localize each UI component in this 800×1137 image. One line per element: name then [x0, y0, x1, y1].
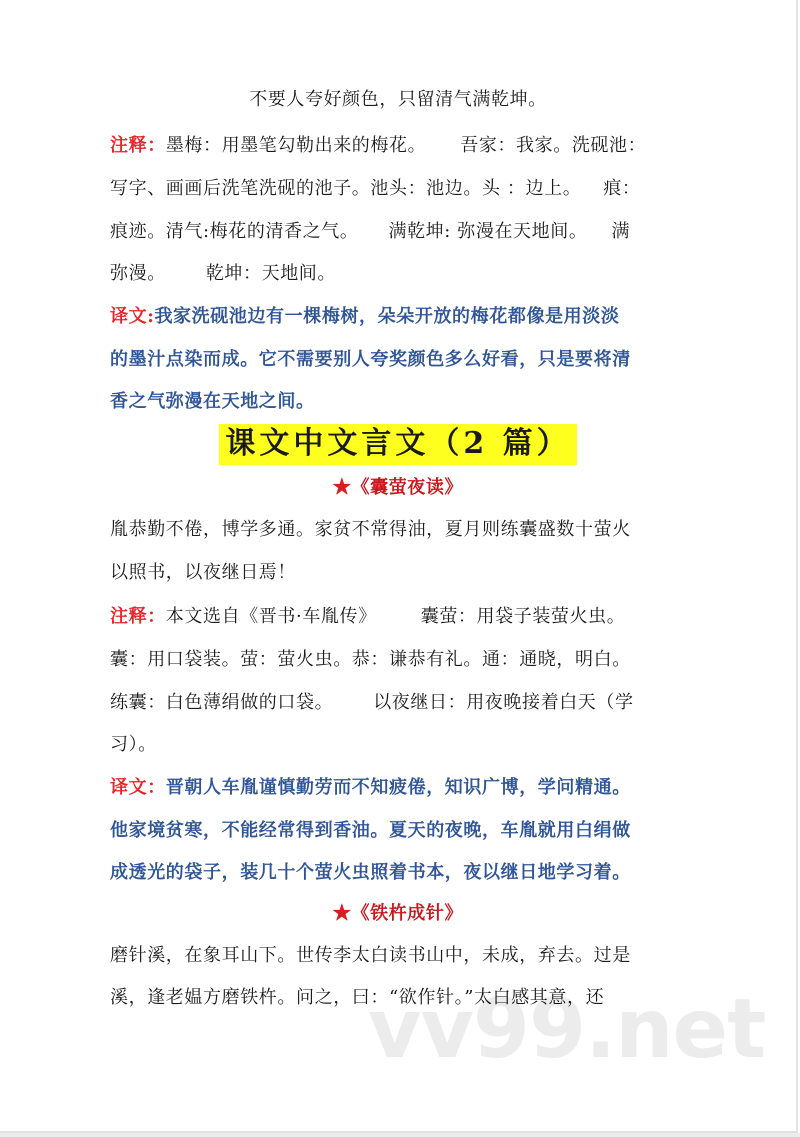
poem-notes-line-4: 弥漫。乾坤：天地间。 — [110, 262, 690, 286]
poem-notes-line-1: 注释：墨梅：用墨笔勾勒出来的梅花。吾家：我家。洗砚池： — [110, 134, 690, 158]
poem-last-line: 不要人夸好颜色，只留清气满乾坤。 — [0, 88, 796, 112]
translation-label: 译文: — [110, 306, 154, 327]
poem-translation-line-1: 译文:我家洗砚池边有一棵梅树，朵朵开放的梅花都像是用淡淡 — [110, 305, 690, 329]
note-text: 满乾坤: 弥漫在天地间。 — [388, 221, 587, 242]
note-text: 满 — [611, 221, 630, 242]
translation-text: 晋朝人车胤谨慎勤劳而不知疲倦，知识广博，学问精通。 — [166, 777, 631, 798]
translation-label: 译文： — [110, 777, 166, 798]
star-icon: ★ — [333, 903, 352, 924]
poem-notes-line-2: 写字、画画后洗笔洗砚的池子。池头：池边。头 ：边上。痕： — [110, 177, 690, 201]
note-text: 吾家：我家。洗砚池： — [460, 135, 646, 156]
poem-translation-line-3: 香之气弥漫在天地之间。 — [110, 390, 690, 414]
note-text: 弥漫。 — [110, 263, 166, 284]
translation-text: 我家洗砚池边有一棵梅树，朵朵开放的梅花都像是用淡淡 — [154, 306, 619, 327]
note-text: 囊萤：用袋子装萤火虫。 — [421, 606, 626, 627]
star-icon: ★ — [333, 477, 352, 498]
note-text: 练囊：白色薄绢做的口袋。 — [110, 692, 333, 713]
note-text: 以夜继日：用夜晚接着白天（学 — [373, 692, 633, 713]
note-text: 乾坤：天地间。 — [206, 263, 336, 284]
text1-heading: ★《囊萤夜读》 — [0, 476, 796, 500]
notes-label: 注释： — [110, 606, 166, 627]
text2-original-line-1: 磨针溪，在象耳山下。世传李太白读书山中，未成，弃去。过是 — [110, 944, 690, 968]
notes-label: 注释： — [110, 135, 166, 156]
text1-title: 《囊萤夜读》 — [352, 477, 464, 498]
text1-notes-line-4: 习）。 — [110, 733, 690, 757]
text2-heading: ★《铁杵成针》 — [0, 902, 796, 926]
text1-original-line-2: 以照书，以夜继日焉！ — [110, 561, 690, 585]
document-page: vv99.net 不要人夸好颜色，只留清气满乾坤。 注释：墨梅：用墨笔勾勒出来的… — [0, 0, 798, 1133]
text1-notes-line-2: 囊：用口袋装。萤：萤火虫。恭：谦恭有礼。通：通晓，明白。 — [110, 648, 690, 672]
text1-translation-line-3: 成透光的袋子，装几十个萤火虫照着书本，夜以继日地学习着。 — [110, 861, 690, 885]
text2-title: 《铁杵成针》 — [352, 903, 464, 924]
poem-notes-line-3: 痕迹。清气:梅花的清香之气。满乾坤: 弥漫在天地间。满 — [110, 220, 690, 244]
text1-notes-line-3: 练囊：白色薄绢做的口袋。以夜继日：用夜晚接着白天（学 — [110, 691, 690, 715]
text1-translation-line-1: 译文：晋朝人车胤谨慎勤劳而不知疲倦，知识广博，学问精通。 — [110, 776, 690, 800]
text1-original-line-1: 胤恭勤不倦，博学多通。家贫不常得油，夏月则练囊盛数十萤火 — [110, 518, 690, 542]
note-text: 痕迹。清气:梅花的清香之气。 — [110, 221, 358, 242]
note-text: 墨梅：用墨笔勾勒出来的梅花。 — [166, 135, 426, 156]
text1-translation-line-2: 他家境贫寒，不能经常得到香油。夏天的夜晚，车胤就用白绢做 — [110, 819, 690, 843]
poem-translation-line-2: 的墨汁点染而成。它不需要别人夸奖颜色多么好看，只是要将清 — [110, 348, 690, 372]
text2-original-line-2: 溪，逢老媪方磨铁杵。问之，曰：“欲作针。”太白感其意，还 — [110, 986, 690, 1010]
note-text: 痕： — [603, 178, 640, 199]
note-text: 本文选自《晋书·车胤传》 — [166, 606, 377, 627]
page-bottom-edge — [0, 1133, 800, 1137]
note-text: 写字、画画后洗笔洗砚的池子。池头：池边。头 ：边上。 — [110, 178, 581, 199]
text1-notes-line-1: 注释：本文选自《晋书·车胤传》囊萤：用袋子装萤火虫。 — [110, 605, 690, 629]
section-title: 课文中文言文（2 篇） — [219, 424, 576, 465]
section-title-wrap: 课文中文言文（2 篇） — [0, 424, 796, 465]
